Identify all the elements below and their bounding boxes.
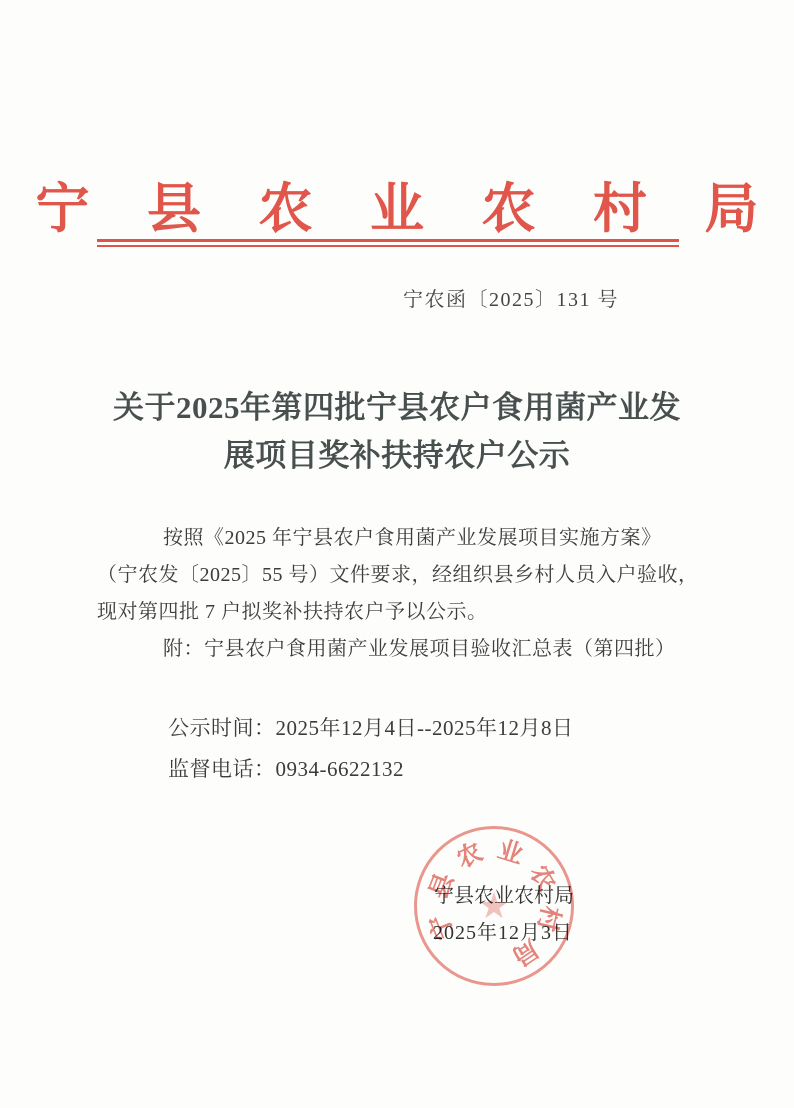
signature-date: 2025年12月3日 [433, 916, 573, 945]
seal-character: 业 [494, 830, 528, 872]
publicity-period-line: 公示时间：2025年12月4日--2025年12月8日 [168, 708, 574, 749]
signature-organization: 宁县农业农村局 [434, 879, 574, 908]
document-title-line2: 展项目奖补扶持农户公示 [0, 432, 794, 480]
body-paragraph-line2: （宁农发〔2025〕55 号）文件要求，经组织县乡村人员入户验收， [97, 557, 691, 594]
document-body: 按照《2025 年宁县农户食用菌产业发展项目实施方案》 （宁农发〔2025〕55… [97, 520, 691, 668]
document-title: 关于2025年第四批宁县农户食用菌产业发 展项目奖补扶持农户公示 [0, 384, 794, 480]
document-number: 宁农函〔2025〕131 号 [403, 283, 619, 312]
supervision-phone-line: 监督电话：0934-6622132 [168, 749, 574, 790]
document-title-line1: 关于2025年第四批宁县农户食用菌产业发 [0, 384, 794, 432]
attachment-line: 附：宁县农户食用菌产业发展项目验收汇总表（第四批） [97, 631, 691, 668]
seal-character: 农 [449, 832, 487, 875]
letterhead-title: 宁 县 农 业 农 村 局 [0, 166, 794, 243]
notice-block: 公示时间：2025年12月4日--2025年12月8日 监督电话：0934-66… [168, 708, 574, 790]
letterhead-divider [97, 239, 679, 247]
body-paragraph-line1: 按照《2025 年宁县农户食用菌产业发展项目实施方案》 [97, 520, 691, 557]
body-paragraph-line3: 现对第四批 7 户拟奖补扶持农户予以公示。 [97, 594, 691, 631]
document-page: 宁 县 农 业 农 村 局 宁农函〔2025〕131 号 关于2025年第四批宁… [0, 0, 794, 1108]
